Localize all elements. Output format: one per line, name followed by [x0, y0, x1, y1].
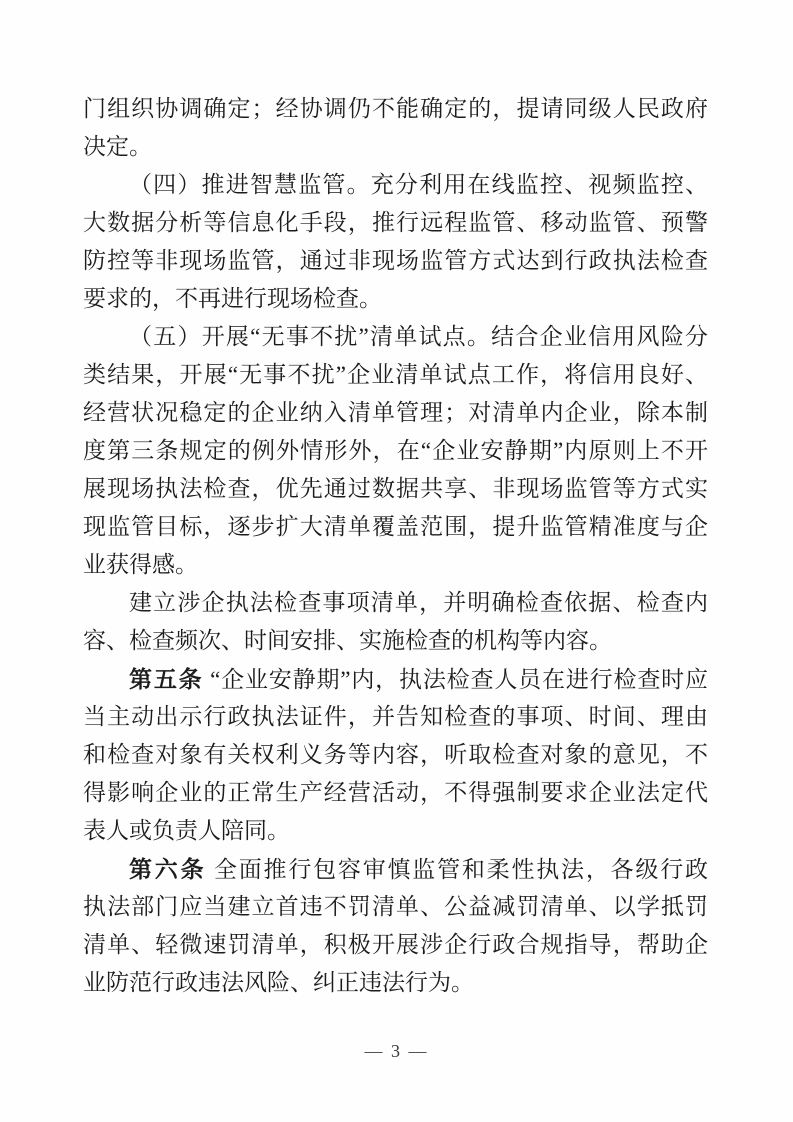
text-line: 大数据分析等信息化手段，推行远程监管、移动监管、预警: [83, 204, 708, 242]
article-number-label: 第六条: [129, 856, 206, 882]
text-line: 和检查对象有关权利义务等内容，听取检查对象的意见，不: [83, 736, 708, 774]
text-line: 建立涉企执法检查事项清单，并明确检查依据、检查内: [83, 584, 708, 622]
text-line: 当主动出示行政执法证件，并告知检查的事项、时间、理由: [83, 698, 708, 736]
document-body: 门组织协调确定；经协调仍不能确定的，提请同级人民政府决定。（四）推进智慧监管。充…: [83, 90, 708, 1002]
text-line: 第六条 全面推行包容审慎监管和柔性执法，各级行政: [83, 850, 708, 888]
article-number-label: 第五条: [129, 666, 204, 692]
article-first-line-text: “企业安静期”内，执法检查人员在进行检查时应: [204, 667, 709, 692]
text-line: 第五条 “企业安静期”内，执法检查人员在进行检查时应: [83, 660, 708, 698]
text-line: 业防范行政违法风险、纠正违法行为。: [83, 964, 708, 1002]
text-line: 度第三条规定的例外情形外，在“企业安静期”内原则上不开: [83, 432, 708, 470]
text-line: 类结果，开展“无事不扰”企业清单试点工作，将信用良好、: [83, 356, 708, 394]
text-line: 要求的，不再进行现场检查。: [83, 280, 708, 318]
text-line: 清单、轻微速罚清单，积极开展涉企行政合规指导，帮助企: [83, 926, 708, 964]
document-page: 门组织协调确定；经协调仍不能确定的，提请同级人民政府决定。（四）推进智慧监管。充…: [0, 0, 793, 1122]
text-line: 经营状况稳定的企业纳入清单管理；对清单内企业，除本制: [83, 394, 708, 432]
text-line: 展现场执法检查，优先通过数据共享、非现场监管等方式实: [83, 470, 708, 508]
para-item-4-smart-supervision: （四）推进智慧监管。充分利用在线监控、视频监控、大数据分析等信息化手段，推行远程…: [83, 166, 708, 318]
para-continuation: 门组织协调确定；经协调仍不能确定的，提请同级人民政府决定。: [83, 90, 708, 166]
text-line: 容、检查频次、时间安排、实施检查的机构等内容。: [83, 622, 708, 660]
text-line: 现监管目标，逐步扩大清单覆盖范围，提升监管精准度与企: [83, 508, 708, 546]
page-number: — 3 —: [0, 1036, 793, 1066]
para-inspection-items-list: 建立涉企执法检查事项清单，并明确检查依据、检查内容、检查频次、时间安排、实施检查…: [83, 584, 708, 660]
text-line: 决定。: [83, 128, 708, 166]
text-line: 防控等非现场监管，通过非现场监管方式达到行政执法检查: [83, 242, 708, 280]
para-article-5: 第五条 “企业安静期”内，执法检查人员在进行检查时应当主动出示行政执法证件，并告…: [83, 660, 708, 850]
text-line: 得影响企业的正常生产经营活动，不得强制要求企业法定代: [83, 774, 708, 812]
para-item-5-no-disturb-list-pilot: （五）开展“无事不扰”清单试点。结合企业信用风险分类结果，开展“无事不扰”企业清…: [83, 318, 708, 584]
text-line: （四）推进智慧监管。充分利用在线监控、视频监控、: [83, 166, 708, 204]
text-line: 业获得感。: [83, 546, 708, 584]
text-line: 门组织协调确定；经协调仍不能确定的，提请同级人民政府: [83, 90, 708, 128]
article-first-line-text: 全面推行包容审慎监管和柔性执法，各级行政: [206, 857, 708, 882]
text-line: 执法部门应当建立首违不罚清单、公益减罚清单、以学抵罚: [83, 888, 708, 926]
para-article-6: 第六条 全面推行包容审慎监管和柔性执法，各级行政执法部门应当建立首违不罚清单、公…: [83, 850, 708, 1002]
text-line: 表人或负责人陪同。: [83, 812, 708, 850]
text-line: （五）开展“无事不扰”清单试点。结合企业信用风险分: [83, 318, 708, 356]
